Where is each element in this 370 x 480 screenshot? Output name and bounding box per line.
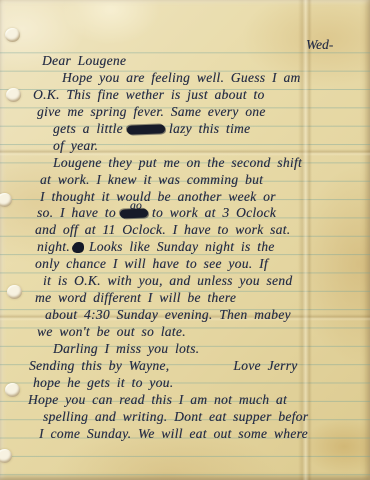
letter-text: to work at 3 Oclock	[152, 205, 276, 220]
letter-text: only chance I will have to see you. If	[35, 256, 268, 271]
letter-line: about 4:30 Sunday evening. Then mabey	[28, 307, 364, 324]
letter-text: lazy this time	[169, 121, 250, 136]
letter-text: of year.	[53, 138, 98, 153]
letter-body: Dear LougeneHope you are feeling well. G…	[28, 53, 364, 443]
punch-hole	[6, 88, 21, 102]
letter-line: so. I have togoto work at 3 Oclock	[28, 205, 364, 222]
letter-text: I come Sunday. We will eat out some wher…	[39, 426, 308, 441]
letter-text: me word different I will be there	[35, 290, 236, 305]
letter-text: about 4:30 Sunday evening. Then mabey	[45, 307, 291, 322]
letter-text: Lougene they put me on the second shift	[53, 155, 302, 170]
letter-line: night.Looks like Sunday night is the	[28, 239, 364, 256]
letter-text: gets a little	[53, 121, 123, 136]
letter-line: and off at 11 Oclock. I have to work sat…	[28, 222, 364, 239]
letter-text: Hope you can read this I am not much at	[28, 392, 287, 407]
letter-text: Darling I miss you lots.	[53, 341, 199, 356]
letter-text: night.	[37, 239, 70, 254]
letter-line: I come Sunday. We will eat out some wher…	[28, 426, 364, 443]
letter-text: Hope you are feeling well. Guess I am	[62, 70, 301, 85]
letter-paper: Wed- Dear LougeneHope you are feeling we…	[0, 0, 370, 480]
ink-scribble-icon	[120, 209, 148, 219]
letter-line: I thought it would be another week or	[28, 189, 364, 206]
letter-line: we won't be out so late.	[28, 324, 364, 341]
letter-text: it is O.K. with you, and unless you send	[43, 273, 292, 288]
letter-line: Sending this by Wayne,Love Jerry	[28, 358, 364, 375]
letter-text: so. I have to	[37, 205, 116, 220]
letter-line: Dear Lougene	[28, 53, 364, 70]
letter-text: hope he gets it to you.	[33, 375, 173, 390]
letter-text: spelling and writing. Dont eat supper be…	[43, 409, 308, 424]
punch-hole	[7, 285, 22, 299]
letter-text: and off at 11 Oclock. I have to work sat…	[35, 222, 290, 237]
letter-line: Hope you can read this I am not much at	[28, 392, 364, 409]
letter-text: Dear Lougene	[42, 53, 126, 68]
punch-hole	[0, 449, 12, 463]
letter-text: Looks like Sunday night is the	[89, 239, 275, 254]
letter-text: at work. I knew it was comming but	[40, 172, 263, 187]
letter-line: me word different I will be there	[28, 290, 364, 307]
letter-line: O.K. This fine wether is just about to	[28, 87, 364, 104]
letter-line: Lougene they put me on the second shift	[28, 155, 364, 172]
letter-line: spelling and writing. Dont eat supper be…	[28, 409, 364, 426]
punch-hole	[5, 383, 20, 397]
letter-line: at work. I knew it was comming but	[28, 172, 364, 189]
ink-scribble-icon	[127, 124, 165, 134]
letter-text: I thought it would be another week or	[40, 189, 276, 204]
letter-line: it is O.K. with you, and unless you send	[28, 273, 364, 290]
letter-line: gets a littlelazy this time	[28, 121, 364, 138]
letter-line: give me spring fever. Same every one	[28, 104, 364, 121]
letter-line: only chance I will have to see you. If	[28, 256, 364, 273]
letter-date: Wed-	[306, 37, 333, 53]
letter-line: Darling I miss you lots.	[28, 341, 364, 358]
punch-hole	[0, 193, 12, 207]
letter-text: O.K. This fine wether is just about to	[33, 87, 265, 102]
letter-text: Love Jerry	[233, 358, 297, 373]
ink-blot-icon	[73, 242, 84, 253]
letter-line: of year.	[28, 138, 364, 155]
letter-line: hope he gets it to you.	[28, 375, 364, 392]
letter-text: we won't be out so late.	[37, 324, 186, 339]
letter-text: give me spring fever. Same every one	[37, 104, 266, 119]
letter-line: Hope you are feeling well. Guess I am	[28, 70, 364, 87]
letter-text: Sending this by Wayne,	[29, 358, 169, 373]
punch-hole	[5, 28, 20, 42]
